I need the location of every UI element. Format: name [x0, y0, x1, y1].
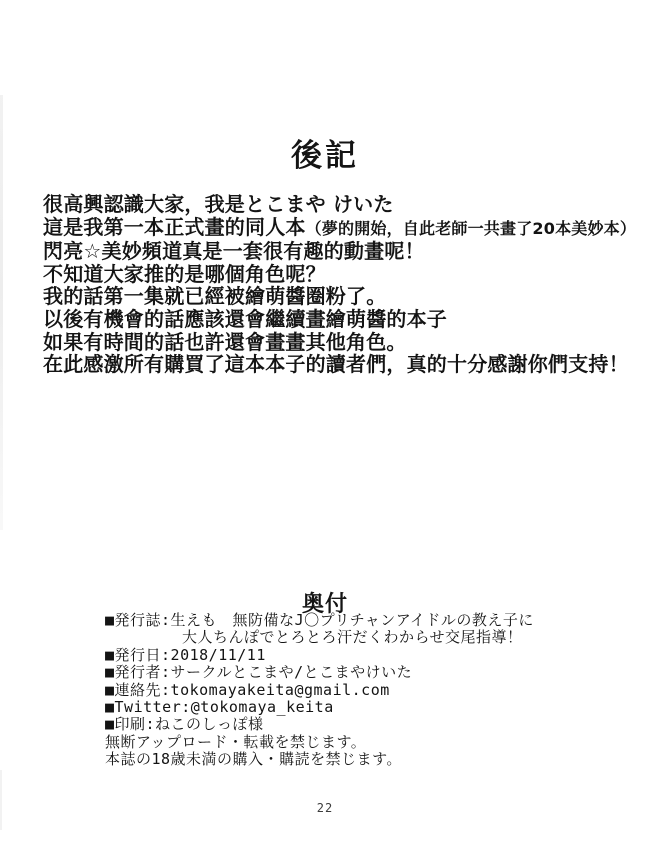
afterword-line: 以後有機會的話應該還會繼續畫繪萌醬的本子 [43, 308, 643, 331]
colophon: ■発行誌:生えも 無防備なJ〇プリチャンアイドルの教え子に 大人ちんぽでとろとろ… [105, 612, 534, 769]
scan-artifact [0, 770, 2, 830]
afterword-title: 後記 [0, 130, 650, 175]
afterword-line: 如果有時間的話也許還會畫畫其他角色。 [43, 331, 643, 354]
afterword-line: 很高興認識大家，我是とこまや けいた [43, 193, 643, 216]
colophon-item-publication: ■発行誌:生えも 無防備なJ〇プリチャンアイドルの教え子に [105, 612, 534, 629]
afterword-line: 這是我第一本正式畫的同人本（夢的開始，自此老師一共畫了20本美妙本） [43, 216, 643, 241]
afterword-line: 不知道大家推的是哪個角色呢？ [43, 263, 643, 286]
afterword-body: 很高興認識大家，我是とこまや けいた 這是我第一本正式畫的同人本（夢的開始，自此… [43, 193, 643, 376]
afterword-line: 閃亮☆美妙頻道真是一套很有趣的動畫呢！ [43, 240, 643, 263]
afterword-line-paren: （夢的開始，自此老師一共畫了20本美妙本） [306, 219, 636, 238]
document-page: 後記 很高興認識大家，我是とこまや けいた 這是我第一本正式畫的同人本（夢的開始… [0, 0, 650, 850]
colophon-item-publication-cont: 大人ちんぽでとろとろ汗だくわからせ交尾指導！ [105, 629, 534, 646]
afterword-line: 在此感激所有購買了這本本子的讀者們，真的十分感謝你們支持！ [43, 353, 643, 376]
colophon-item-publisher: ■発行者:サークルとこまや/とこまやけいた [105, 664, 534, 681]
colophon-item-contact: ■連絡先:tokomayakeita@gmail.com [105, 682, 534, 699]
afterword-line: 我的話第一集就已經被繪萌醬圈粉了。 [43, 285, 643, 308]
colophon-notice-age: 本誌の18歳未満の購入・購読を禁じます。 [105, 751, 534, 768]
colophon-item-twitter: ■Twitter:@tokomaya_keita [105, 699, 534, 716]
colophon-item-printer: ■印刷:ねこのしっぽ様 [105, 716, 534, 733]
colophon-item-date: ■発行日:2018/11/11 [105, 647, 534, 664]
afterword-line-main: 這是我第一本正式畫的同人本 [43, 215, 306, 239]
colophon-notice-upload: 無断アップロード・転載を禁じます。 [105, 734, 534, 751]
page-number: 22 [0, 801, 650, 815]
